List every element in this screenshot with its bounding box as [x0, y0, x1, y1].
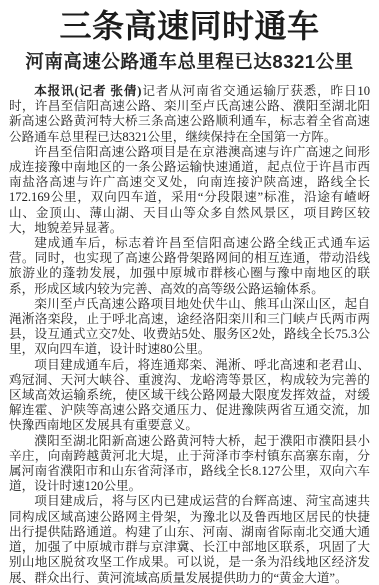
article-headline: 三条高速同时通车: [0, 7, 379, 45]
byline: 本报讯(记者 张倩): [34, 84, 141, 98]
article-paragraph: 项目建成通车后，将连通郑栾、渑淅、呼北高速和老君山、鸡冠洞、天河大峡谷、重渡沟、…: [9, 358, 370, 434]
article-body: 本报讯(记者 张倩)记者从河南省交通运输厅获悉，昨日10时，许昌至信阳高速公路、…: [9, 84, 370, 585]
article-subtitle: 河南高速公路通车总里程已达8321公里: [0, 51, 379, 73]
article-paragraph: 建成通车后，标志着许昌至信阳高速公路全线正式通车运营。同时，也实现了高速公路骨架…: [9, 236, 370, 297]
article-paragraph-lead: 本报讯(记者 张倩)记者从河南省交通运输厅获悉，昨日10时，许昌至信阳高速公路、…: [9, 84, 370, 145]
article-paragraph: 濮阳至湖北阳新高速公路黄河特大桥，起于濮阳市濮阳县小辛庄，向南跨越黄河北大堤，止…: [9, 434, 370, 495]
article-paragraph: 栾川至卢氏高速公路项目地处伏牛山、熊耳山深山区，起自渑淅洛栾段，止于呼北高速，途…: [9, 297, 370, 358]
newspaper-article-page: 三条高速同时通车 河南高速公路通车总里程已达8321公里 本报讯(记者 张倩)记…: [0, 0, 379, 585]
article-paragraph: 许昌至信阳高速公路项目是在京港澳高速与许广高速之间形成连接豫中南地区的一条公路运…: [9, 145, 370, 236]
article-paragraph: 项目建成后，将与区内已建成运营的台辉高速、菏宝高速共同构成区域高速公路网主骨架，…: [9, 494, 370, 585]
